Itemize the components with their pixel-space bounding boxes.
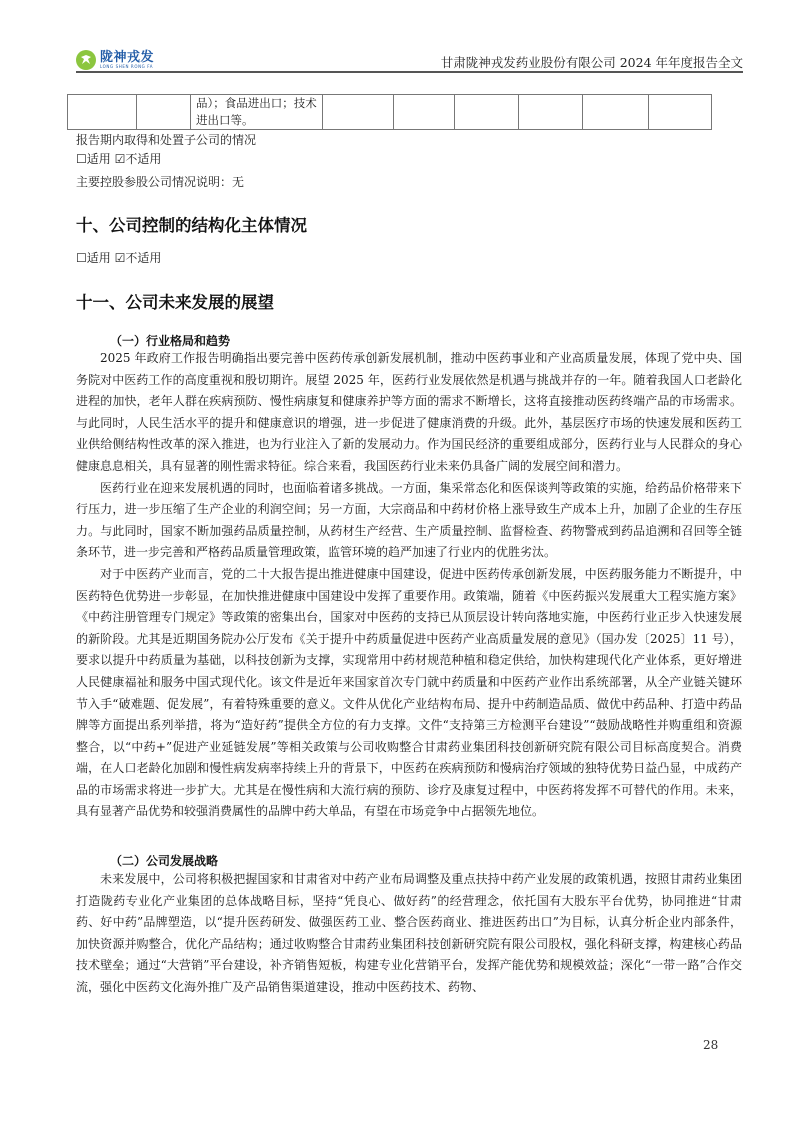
table-cell-business-scope: 品）；食品进出口；技术进出口等。 [191,95,323,130]
logo-name-cn: 陇神戎发 [100,51,154,64]
logo-emblem-icon [76,50,96,70]
table-cell [137,95,191,130]
section-11-title: 十一、公司未来发展的展望 [76,289,274,313]
checkbox-unchecked-icon: ☐ [76,251,87,265]
table-cell [455,95,519,130]
page-number: 28 [703,1038,718,1052]
option-applicable: 适用 [87,152,111,166]
page-header: 陇神戎发 LONG SHEN RONG FA 甘肃陇神戎发药业股份有限公司 20… [76,44,743,72]
table-row: 品）；食品进出口；技术进出口等。 [68,95,712,130]
table-cell [68,95,137,130]
table-cell [583,95,649,130]
table-cell [519,95,583,130]
company-logo: 陇神戎发 LONG SHEN RONG FA [76,50,154,70]
paragraph: 未来发展中，公司将积极把握国家和甘肃省对中药产业布局调整及重点扶持中药产业发展的… [76,869,742,999]
option-applicable: 适用 [87,251,111,265]
paragraph: 医药行业在迎来发展机遇的同时，也面临着诸多挑战。一方面，集采常态化和医保谈判等政… [76,478,742,564]
paragraph: 2025 年政府工作报告明确指出要完善中医药传承创新发展机制，推动中医药事业和产… [76,348,742,478]
option-not-applicable: 不适用 [125,251,161,265]
industry-trends-body: 2025 年政府工作报告明确指出要完善中医药传承创新发展机制，推动中医药事业和产… [76,348,742,823]
paragraph: 对于中医药产业而言，党的二十大报告提出推进健康中国建设，促进中医药传承创新发展，… [76,564,742,823]
header-divider [76,71,743,73]
subsection-industry-trends-title: （一）行业格局和趋势 [110,332,230,349]
subsection-strategy-title: （二）公司发展战略 [110,852,218,869]
subsidiary-note: 主要控股参股公司情况说明：无 [76,174,244,191]
option-not-applicable: 不适用 [125,152,161,166]
checkbox-checked-icon: ☑ [115,152,126,166]
table-cell [649,95,712,130]
report-title: 甘肃陇神戎发药业股份有限公司 2024 年年度报告全文 [441,53,743,71]
strategy-body: 未来发展中，公司将积极把握国家和甘肃省对中药产业布局调整及重点扶持中药产业发展的… [76,869,742,999]
subsidiary-table-tail: 品）；食品进出口；技术进出口等。 [67,94,712,130]
logo-name-en: LONG SHEN RONG FA [100,65,154,69]
checkbox-unchecked-icon: ☐ [76,152,87,166]
subsidiary-applicability: ☐适用 ☑不适用 [76,151,161,168]
checkbox-checked-icon: ☑ [115,251,126,265]
section-10-title: 十、公司控制的结构化主体情况 [76,212,307,236]
table-cell [394,95,455,130]
section-10-applicability: ☐适用 ☑不适用 [76,250,161,267]
table-cell [323,95,394,130]
subsidiary-label: 报告期内取得和处置子公司的情况 [76,132,256,149]
